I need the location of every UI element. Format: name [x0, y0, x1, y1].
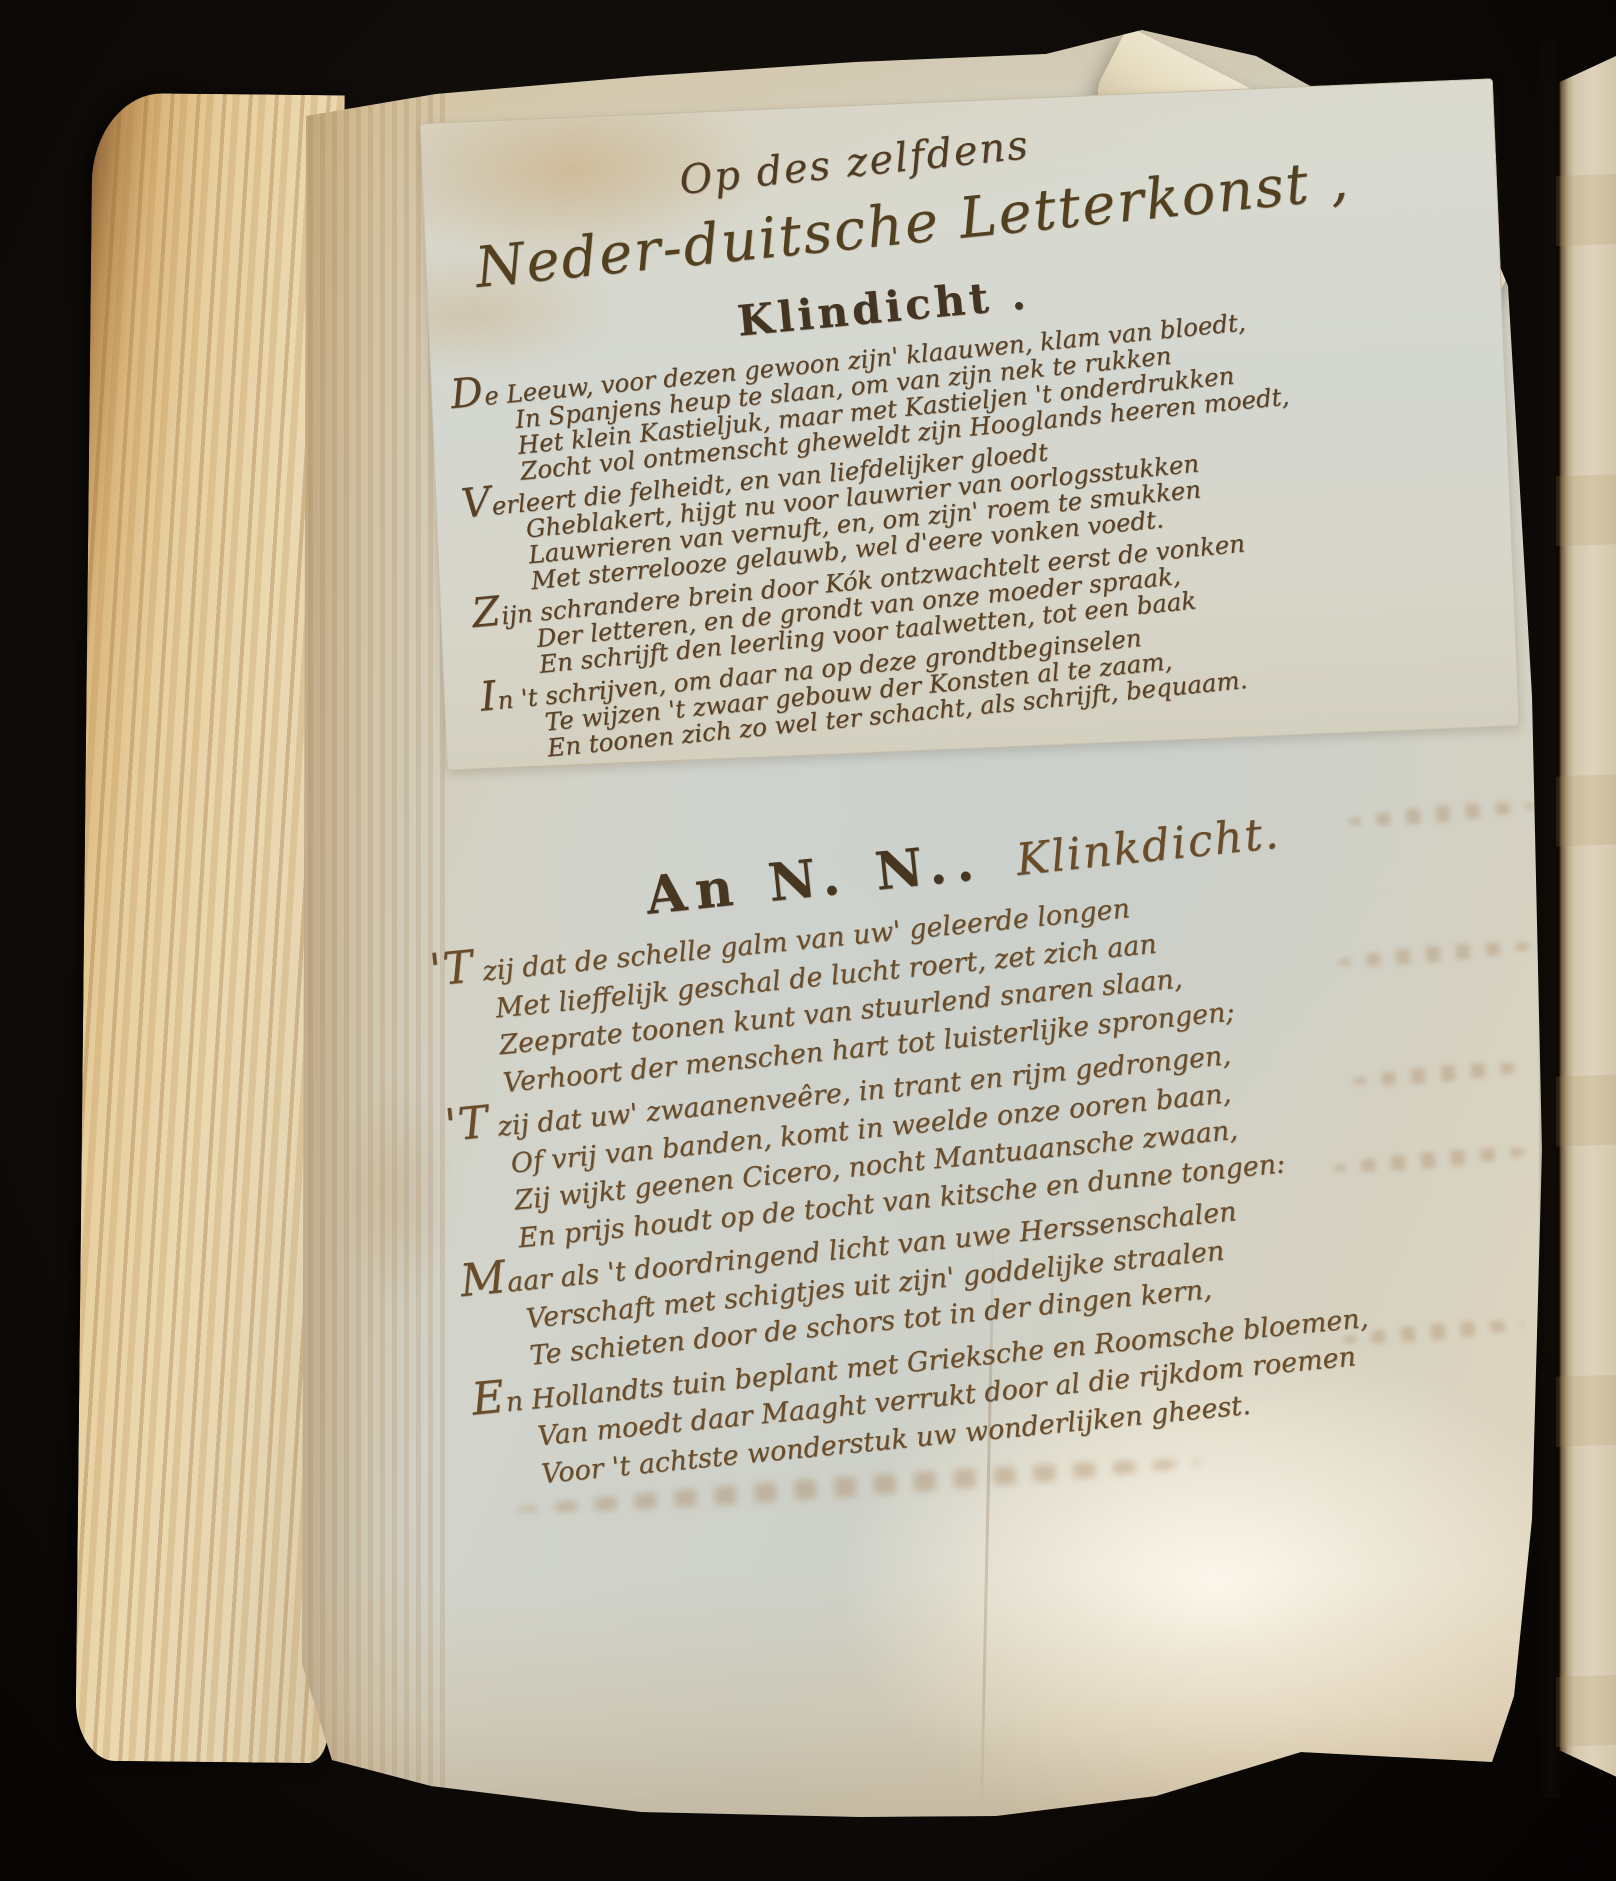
page-spine-curve	[296, 24, 446, 1824]
bleedthrough-mark	[1336, 937, 1537, 970]
pasted-slip: Op des zelfdens Neder-duitsche Letterkon…	[420, 78, 1520, 770]
bleedthrough-mark	[1346, 798, 1537, 830]
manuscript-photo: An N. N..Klinkdicht. 'T zij dat de schel…	[0, 0, 1616, 1881]
sonnet-1: De Leeuw, voor dezen gewoon zijn' klaauw…	[449, 300, 1317, 768]
page-bottom-shade	[296, 1574, 1556, 1824]
facing-page-sliver	[1556, 56, 1616, 1794]
sonnet-2: 'T zij dat de schelle galm van uw' gelee…	[428, 865, 1377, 1499]
bleedthrough-mark	[1351, 1058, 1532, 1090]
bleedthrough-mark	[1331, 1143, 1532, 1176]
paper-stain	[336, 1084, 456, 1304]
